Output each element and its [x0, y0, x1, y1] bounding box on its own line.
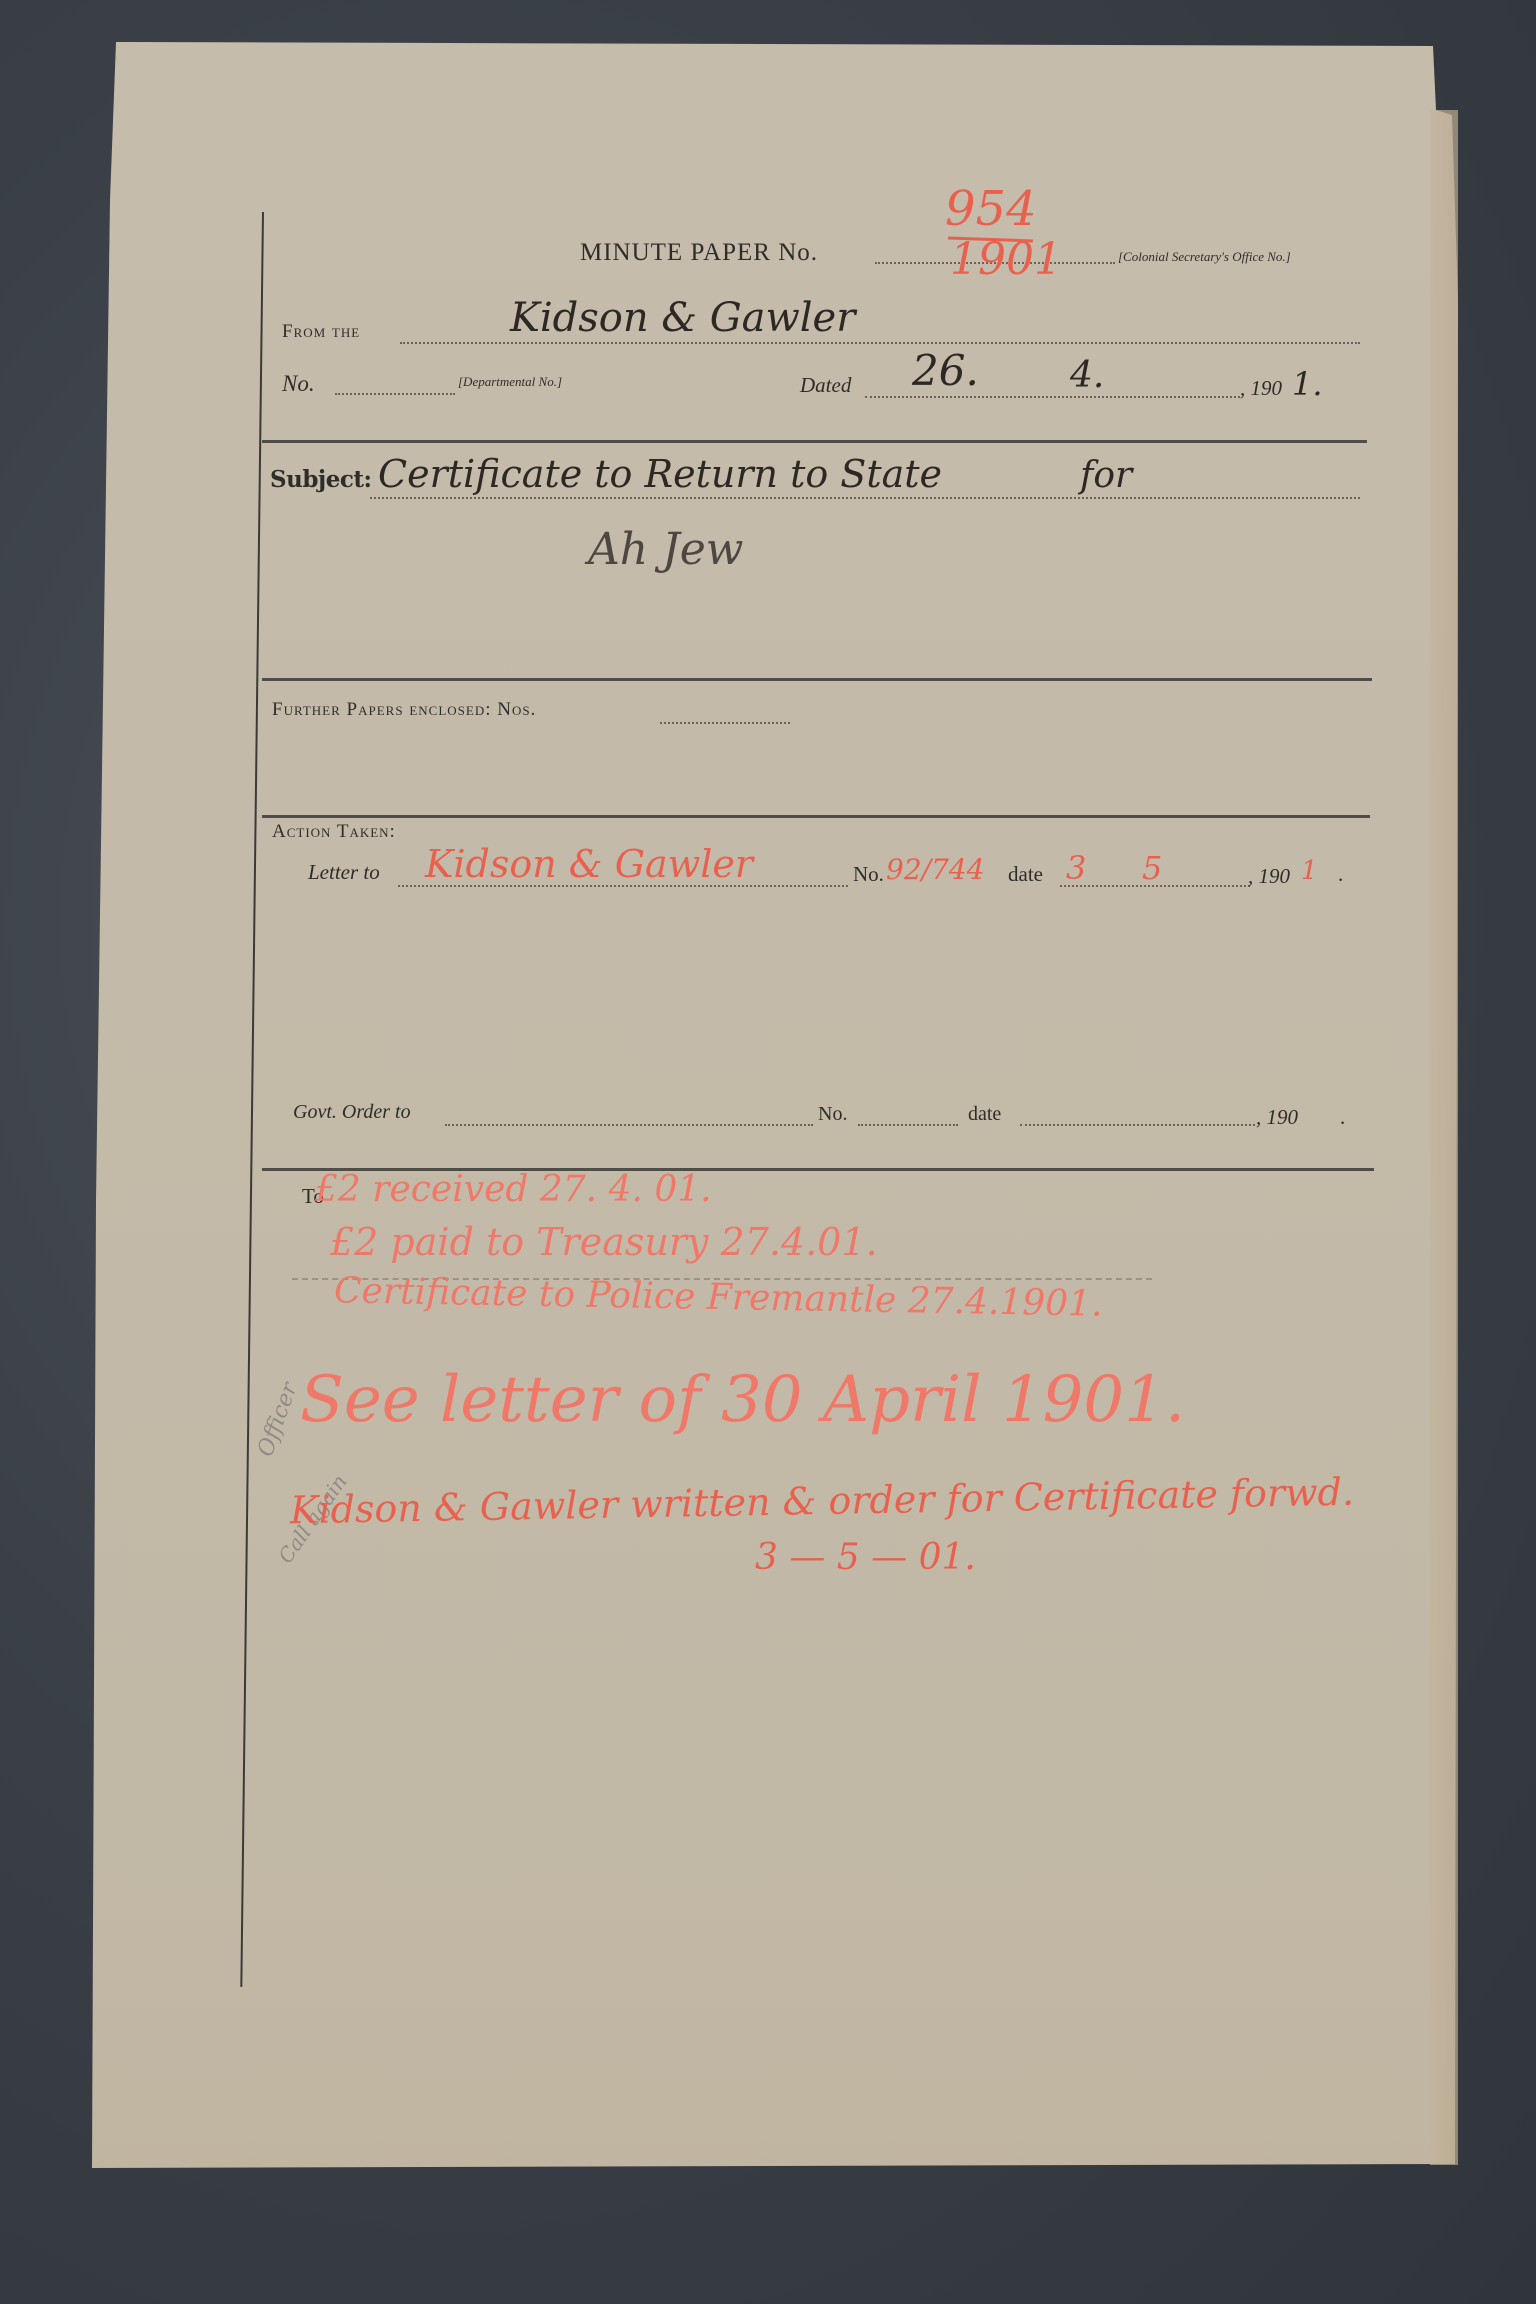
- office-note: [Colonial Secretary's Office No.]: [1118, 250, 1291, 263]
- letter-no-value: 92/744: [886, 856, 985, 884]
- note-line-4: See letter of 30 April 1901.: [300, 1368, 1185, 1432]
- section-rule-2: [262, 678, 1372, 681]
- note-line-2: £2 paid to Treasury 27.4.01.: [330, 1223, 878, 1261]
- from-value: Kidson & Gawler: [510, 298, 855, 338]
- section-rule-1: [262, 440, 1367, 443]
- subject-line2: Ah Jew: [588, 528, 743, 572]
- letter-date-month: 5: [1142, 852, 1162, 884]
- subject-dotline: [370, 497, 1360, 499]
- dated-label: Dated: [800, 375, 851, 396]
- minute-number-top: 954: [945, 185, 1037, 233]
- section-rule-3: [262, 815, 1370, 818]
- letter-year-dot: .: [1338, 864, 1343, 885]
- letter-year-suffix: 1: [1301, 858, 1318, 884]
- minute-paper-title: MINUTE PAPER No.: [580, 240, 818, 265]
- from-dotline: [400, 342, 1360, 344]
- letter-year-prefix: , 190: [1248, 866, 1290, 887]
- action-taken-label: Action Taken:: [272, 822, 396, 841]
- dept-note: [Departmental No.]: [458, 375, 562, 388]
- note-line-1: £2 received 27. 4. 01.: [315, 1172, 712, 1208]
- letter-date-label: date: [1008, 864, 1043, 885]
- govt-date-label: date: [968, 1104, 1001, 1124]
- govt-order-dotline: [445, 1124, 813, 1126]
- dated-year-suffix: 1.: [1292, 368, 1323, 400]
- from-label: From the: [282, 322, 360, 341]
- letter-no-label: No.: [853, 864, 884, 885]
- minute-paper-sheet: [0, 0, 1536, 2304]
- further-papers-label: Further Papers enclosed: Nos.: [272, 700, 536, 719]
- govt-year-dot: .: [1340, 1107, 1345, 1128]
- subject-label: Subject:: [270, 468, 372, 491]
- dated-dotline: [865, 396, 1240, 398]
- dated-day: 26.: [912, 350, 979, 392]
- letter-date-day: 3: [1066, 852, 1086, 884]
- govt-no-dotline: [858, 1124, 958, 1126]
- govt-date-dotline: [1020, 1124, 1255, 1126]
- dated-month: 4.: [1070, 358, 1104, 394]
- govt-year: , 190: [1256, 1107, 1298, 1128]
- minute-number-bottom: 1901: [950, 238, 1062, 282]
- subject-line1: Certificate to Return to State: [378, 455, 942, 493]
- note-line-6: 3 — 5 — 01.: [755, 1540, 976, 1576]
- letter-to-value: Kidson & Gawler: [425, 845, 753, 883]
- dept-no-dotline: [335, 393, 455, 395]
- paper-folded-edge: [1430, 110, 1458, 2165]
- letter-to-label: Letter to: [308, 862, 380, 883]
- further-papers-dotline: [660, 722, 790, 724]
- govt-no-label: No.: [818, 1104, 847, 1124]
- dated-year-prefix: , 190: [1240, 378, 1282, 399]
- subject-line1-for: for: [1080, 458, 1132, 494]
- dept-no-label: No.: [282, 372, 315, 395]
- govt-order-label: Govt. Order to: [293, 1102, 411, 1122]
